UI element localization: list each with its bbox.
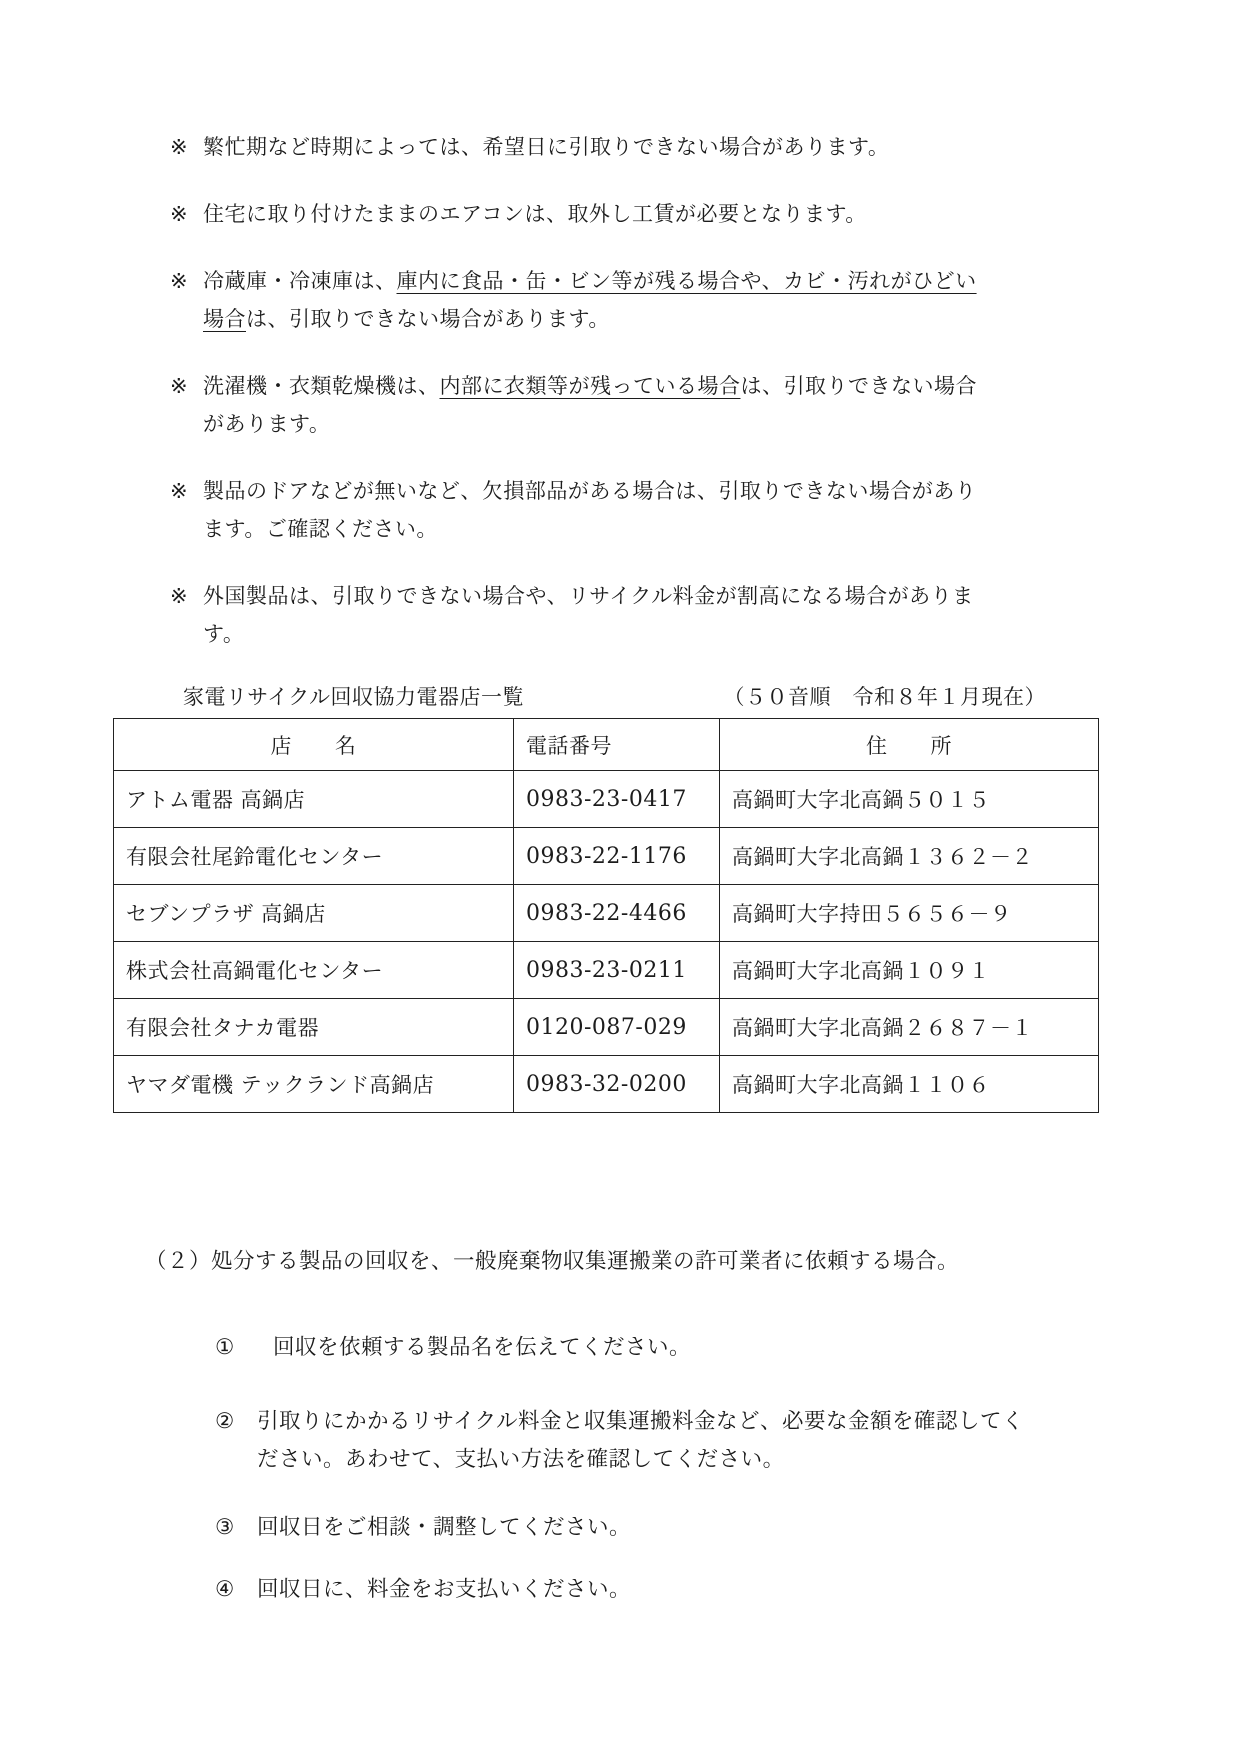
- table-row: ヤマダ電機 テックランド高鍋店0983-32-0200高鍋町大字北高鍋１１０６: [114, 1056, 1099, 1113]
- list-item: ①回収を依頼する製品名を伝えてください。: [215, 1329, 1241, 1367]
- note-body: 洗濯機・衣類乾燥機は、内部に衣類等が残っている場合は、引取りできない場合がありま…: [203, 367, 1070, 443]
- store-name-cell: セブンプラザ 高鍋店: [114, 885, 514, 942]
- store-name-header: 店 名: [114, 719, 514, 771]
- phone-cell: 0120-087-029: [514, 999, 720, 1056]
- note-line: ます。ご確認ください。: [203, 510, 1070, 548]
- store-name-cell: アトム電器 高鍋店: [114, 771, 514, 828]
- note-text: は、引取りできない場合: [741, 374, 978, 398]
- note-item: ※冷蔵庫・冷凍庫は、庫内に食品・缶・ビン等が残る場合や、カビ・汚れがひどい場合は…: [170, 262, 1070, 338]
- table-row: アトム電器 高鍋店0983-23-0417高鍋町大字北高鍋５０１５: [114, 771, 1099, 828]
- store-name-cell: 有限会社タナカ電器: [114, 999, 514, 1056]
- item-number-marker: ③: [215, 1509, 257, 1547]
- note-text: 洗濯機・衣類乾燥機は、: [203, 374, 440, 398]
- note-marker: ※: [170, 577, 203, 653]
- store-table: 店 名 電話番号 住 所 アトム電器 高鍋店0983-23-0417高鍋町大字北…: [113, 718, 1099, 1113]
- document-page: ※繁忙期など時期によっては、希望日に引取りできない場合があります。※住宅に取り付…: [0, 0, 1241, 1755]
- store-table-header-row: 店 名 電話番号 住 所: [114, 719, 1099, 771]
- note-line: 洗濯機・衣類乾燥機は、内部に衣類等が残っている場合は、引取りできない場合: [203, 367, 1070, 405]
- note-marker: ※: [170, 195, 203, 233]
- note-line: 外国製品は、引取りできない場合や、リサイクル料金が割高になる場合がありま: [203, 577, 1070, 615]
- note-text: す。: [203, 622, 244, 646]
- table-row: 株式会社高鍋電化センター0983-23-0211高鍋町大字北高鍋１０９１: [114, 942, 1099, 999]
- note-text: があります。: [203, 412, 330, 436]
- note-text: 繁忙期など時期によっては、希望日に引取りできない場合があります。: [203, 135, 889, 159]
- item-body: 回収日に、料金をお支払いください。: [257, 1571, 631, 1609]
- note-marker: ※: [170, 472, 203, 548]
- note-line: があります。: [203, 405, 1070, 443]
- phone-cell: 0983-22-4466: [514, 885, 720, 942]
- section-2-heading: （２）処分する製品の回収を、一般廃棄物収集運搬業の許可業者に依頼する場合。: [145, 1243, 1241, 1281]
- note-item: ※外国製品は、引取りできない場合や、リサイクル料金が割高になる場合があります。: [170, 577, 1070, 653]
- note-text: 冷蔵庫・冷凍庫は、: [203, 269, 397, 293]
- note-text: 外国製品は、引取りできない場合や、リサイクル料金が割高になる場合がありま: [203, 584, 974, 608]
- table-row: 有限会社タナカ電器0120-087-029高鍋町大字北高鍋２６８７－１: [114, 999, 1099, 1056]
- address-header: 住 所: [720, 719, 1099, 771]
- note-marker: ※: [170, 128, 203, 166]
- list-item: ②引取りにかかるリサイクル料金と収集運搬料金など、必要な金額を確認してください。…: [215, 1403, 1241, 1479]
- item-number-marker: ②: [215, 1403, 257, 1479]
- item-line: 回収日をご相談・調整してください。: [257, 1509, 631, 1547]
- note-item: ※洗濯機・衣類乾燥機は、内部に衣類等が残っている場合は、引取りできない場合があり…: [170, 367, 1070, 443]
- address-cell: 高鍋町大字北高鍋１３６２－２: [720, 828, 1099, 885]
- note-line: 冷蔵庫・冷凍庫は、庫内に食品・缶・ビン等が残る場合や、カビ・汚れがひどい: [203, 262, 1070, 300]
- phone-cell: 0983-23-0417: [514, 771, 720, 828]
- note-text-underlined: 場合: [203, 307, 246, 331]
- note-body: 冷蔵庫・冷凍庫は、庫内に食品・缶・ビン等が残る場合や、カビ・汚れがひどい場合は、…: [203, 262, 1070, 338]
- note-line: 住宅に取り付けたままのエアコンは、取外し工賃が必要となります。: [203, 195, 1070, 233]
- note-text-underlined: 庫内に食品・缶・ビン等が残る場合や、カビ・汚れがひどい: [397, 269, 977, 293]
- store-table-title: 家電リサイクル回収協力電器店一覧: [183, 682, 524, 712]
- table-row: 有限会社尾鈴電化センター0983-22-1176高鍋町大字北高鍋１３６２－２: [114, 828, 1099, 885]
- list-item: ④回収日に、料金をお支払いください。: [215, 1571, 1241, 1609]
- phone-cell: 0983-22-1176: [514, 828, 720, 885]
- phone-cell: 0983-23-0211: [514, 942, 720, 999]
- notes-list: ※繁忙期など時期によっては、希望日に引取りできない場合があります。※住宅に取り付…: [170, 128, 1070, 653]
- phone-cell: 0983-32-0200: [514, 1056, 720, 1113]
- note-item: ※繁忙期など時期によっては、希望日に引取りできない場合があります。: [170, 128, 1070, 166]
- store-name-cell: 有限会社尾鈴電化センター: [114, 828, 514, 885]
- note-text: ます。ご確認ください。: [203, 517, 438, 541]
- store-name-cell: ヤマダ電機 テックランド高鍋店: [114, 1056, 514, 1113]
- store-name-cell: 株式会社高鍋電化センター: [114, 942, 514, 999]
- item-number-marker: ④: [215, 1571, 257, 1609]
- note-text-underlined: 内部に衣類等が残っている場合: [440, 374, 741, 398]
- address-cell: 高鍋町大字持田５６５６－９: [720, 885, 1099, 942]
- item-line: 引取りにかかるリサイクル料金と収集運搬料金など、必要な金額を確認してく: [257, 1403, 1024, 1441]
- note-body: 外国製品は、引取りできない場合や、リサイクル料金が割高になる場合があります。: [203, 577, 1070, 653]
- store-table-title-note: （５０音順 令和８年１月現在）: [724, 682, 1047, 712]
- section-2-items: ①回収を依頼する製品名を伝えてください。②引取りにかかるリサイクル料金と収集運搬…: [145, 1329, 1241, 1609]
- note-marker: ※: [170, 262, 203, 338]
- list-item: ③回収日をご相談・調整してください。: [215, 1509, 1241, 1547]
- item-line: ださい。あわせて、支払い方法を確認してください。: [257, 1441, 1024, 1479]
- section-2: （２）処分する製品の回収を、一般廃棄物収集運搬業の許可業者に依頼する場合。 ①回…: [145, 1243, 1241, 1609]
- store-table-title-row: 家電リサイクル回収協力電器店一覧 （５０音順 令和８年１月現在）: [113, 682, 1098, 712]
- note-line: 場合は、引取りできない場合があります。: [203, 300, 1070, 338]
- note-line: す。: [203, 615, 1070, 653]
- note-text: は、引取りできない場合があります。: [246, 307, 610, 331]
- note-line: 繁忙期など時期によっては、希望日に引取りできない場合があります。: [203, 128, 1070, 166]
- note-item: ※住宅に取り付けたままのエアコンは、取外し工賃が必要となります。: [170, 195, 1070, 233]
- item-body: 引取りにかかるリサイクル料金と収集運搬料金など、必要な金額を確認してください。あ…: [257, 1403, 1024, 1479]
- item-body: 回収を依頼する製品名を伝えてください。: [273, 1329, 691, 1367]
- note-line: 製品のドアなどが無いなど、欠損部品がある場合は、引取りできない場合があり: [203, 472, 1070, 510]
- note-body: 繁忙期など時期によっては、希望日に引取りできない場合があります。: [203, 128, 1070, 166]
- note-text: 製品のドアなどが無いなど、欠損部品がある場合は、引取りできない場合があり: [203, 479, 976, 503]
- address-cell: 高鍋町大字北高鍋１０９１: [720, 942, 1099, 999]
- address-cell: 高鍋町大字北高鍋５０１５: [720, 771, 1099, 828]
- item-number-marker: ①: [215, 1329, 273, 1367]
- phone-header: 電話番号: [514, 719, 720, 771]
- note-body: 住宅に取り付けたままのエアコンは、取外し工賃が必要となります。: [203, 195, 1070, 233]
- item-line: 回収日に、料金をお支払いください。: [257, 1571, 631, 1609]
- item-line: 回収を依頼する製品名を伝えてください。: [273, 1329, 691, 1367]
- note-text: 住宅に取り付けたままのエアコンは、取外し工賃が必要となります。: [203, 202, 867, 226]
- address-cell: 高鍋町大字北高鍋２６８７－１: [720, 999, 1099, 1056]
- note-item: ※製品のドアなどが無いなど、欠損部品がある場合は、引取りできない場合があります。…: [170, 472, 1070, 548]
- address-cell: 高鍋町大字北高鍋１１０６: [720, 1056, 1099, 1113]
- store-table-block: 家電リサイクル回収協力電器店一覧 （５０音順 令和８年１月現在） 店 名 電話番…: [113, 682, 1098, 1113]
- item-body: 回収日をご相談・調整してください。: [257, 1509, 631, 1547]
- note-marker: ※: [170, 367, 203, 443]
- note-body: 製品のドアなどが無いなど、欠損部品がある場合は、引取りできない場合があります。ご…: [203, 472, 1070, 548]
- table-row: セブンプラザ 高鍋店0983-22-4466高鍋町大字持田５６５６－９: [114, 885, 1099, 942]
